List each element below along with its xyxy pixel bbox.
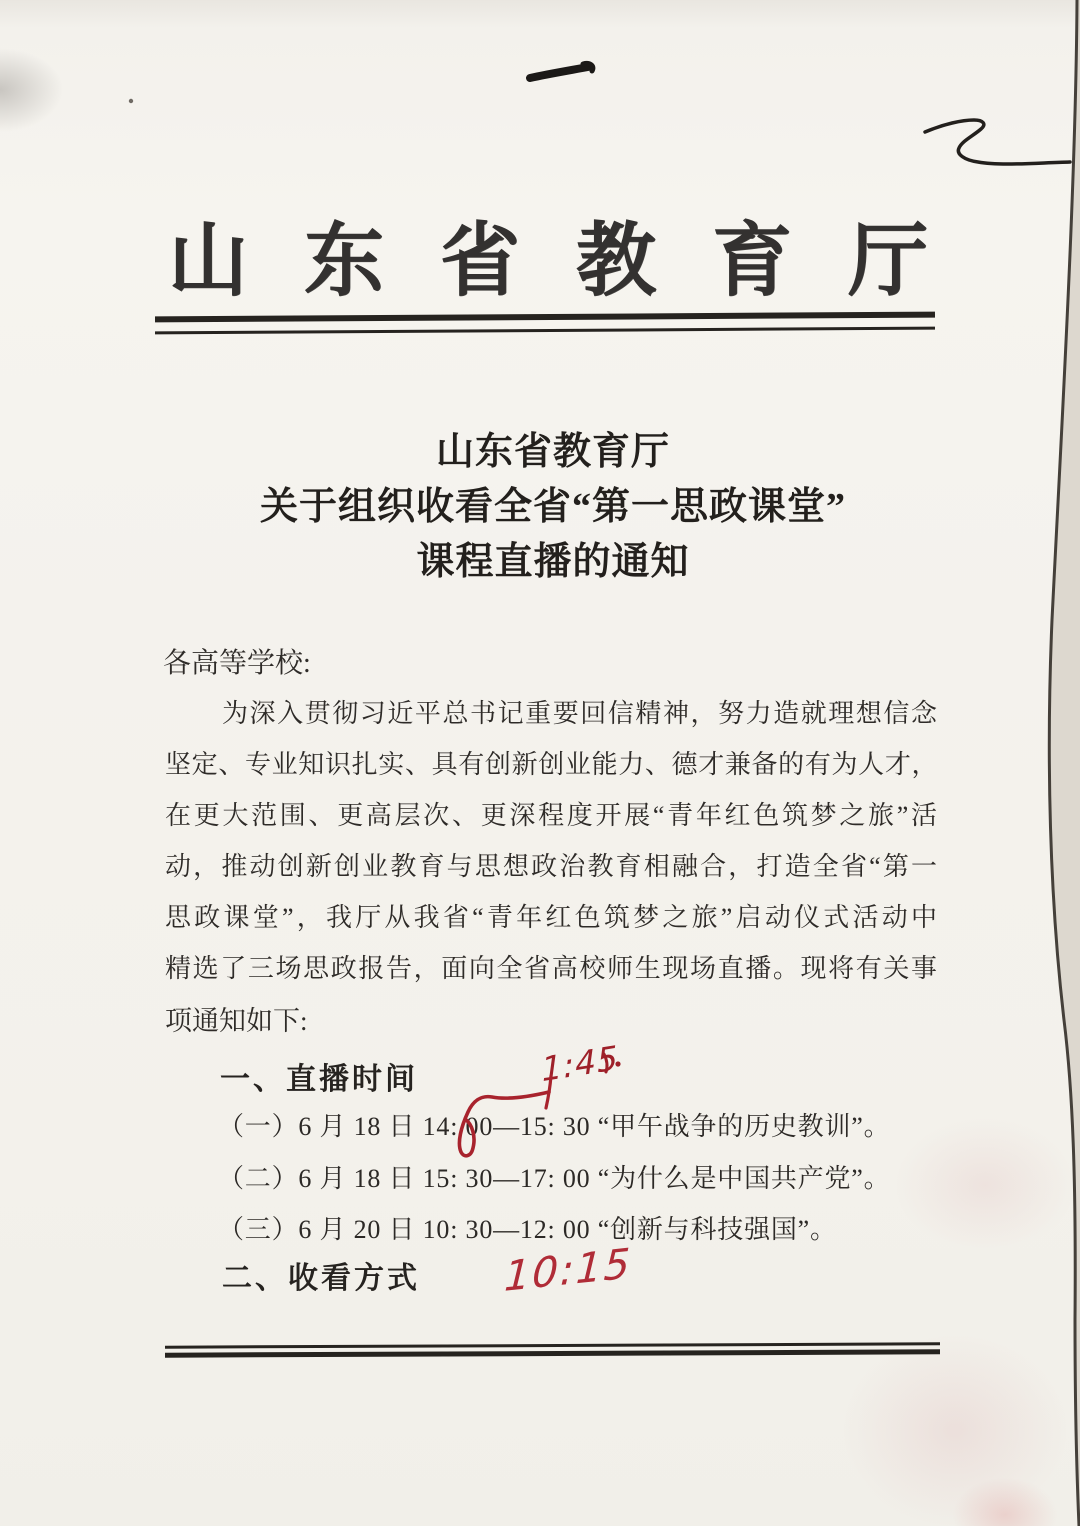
pen-dash-tip [583,63,593,71]
paragraph-line: 坚定、专业知识扎实、具有创新创业能力、德才兼备的有为人才， [165,745,937,785]
paragraph-line: 为深入贯彻习近平总书记重要回信精神，努力造就理想信念 [222,694,937,734]
pen-squiggle-mark [925,120,1070,164]
paragraph-line-closing: 项通知如下: [165,1001,308,1041]
paragraph-line: 思政课堂”，我厅从我省“青年红色筑梦之旅”启动仪式活动中 [165,898,937,938]
letterhead-rule-thin [155,327,935,335]
section-heading-viewing-method: 二、收看方式 [222,1253,420,1297]
broadcast-item-3: （三）6 月 20 日 10: 30—12: 00 “创新与科技强国”。 [218,1209,837,1246]
salutation: 各高等学校: [163,644,311,684]
letterhead-agency-name: 山东省教育厅 [168,218,984,306]
document-title-line-2: 关于组织收看全省“第一思政课堂” [0,475,1080,530]
handwritten-note-145: 1:45 [540,1038,619,1089]
paragraph-line: 动，推动创新创业教育与思想政治教育相融合，打造全省“第一 [165,847,937,887]
handwritten-note-1015: 10:15 [503,1239,633,1301]
scan-edge-strip [1049,0,1080,1526]
letterhead-rule-thick [155,312,935,323]
footer-rule-thick [165,1349,940,1357]
scanned-document-page: 山东省教育厅 山东省教育厅 关于组织收看全省“第一思政课堂” 课程直播的通知 各… [0,0,1080,1526]
broadcast-item-1: （一）6 月 18 日 14: 00—15: 30 “甲午战争的历史教训”。 [218,1106,890,1143]
paragraph-line: 在更大范围、更高层次、更深程度开展“青年红色筑梦之旅”活 [165,796,937,836]
scan-edge-line [1049,0,1079,1526]
footer-rule-thin [165,1342,940,1348]
document-title-line-1: 山东省教育厅 [0,420,1080,475]
broadcast-item-2: （二）6 月 18 日 15: 30—17: 00 “为什么是中国共产党”。 [218,1158,890,1195]
scan-speck [129,99,133,103]
section-heading-broadcast-time: 一、直播时间 [220,1054,418,1098]
document-title-line-3: 课程直播的通知 [0,530,1080,585]
pen-dash-mark [530,67,588,78]
paragraph-line: 精选了三场思政报告，面向全省高校师生现场直播。现将有关事 [165,949,937,989]
